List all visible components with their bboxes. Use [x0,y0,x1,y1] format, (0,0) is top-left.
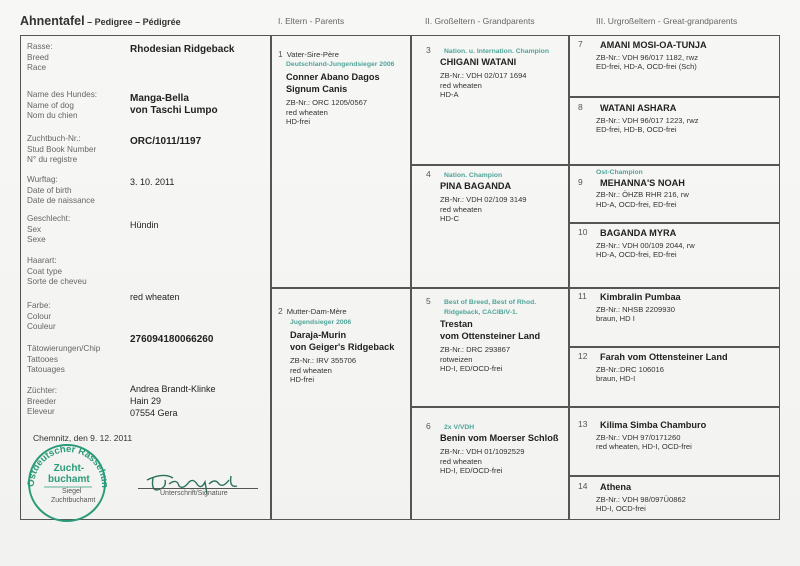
column-header-parents: I. Eltern - Parents [278,16,344,26]
great-grandparent-12: 12Farah vom Ottensteiner LandZB-Nr.:DRC … [578,352,776,384]
value-breeder: Andrea Brandt-KlinkeHain 2907554 Gera [130,383,216,419]
stamp-seal-label: Siegel [62,488,81,495]
title-subtitle: – Pedigree – Pédigrée [85,17,181,27]
grandparent-4: 4Nation. Champion PINA BAGANDA ZB-Nr.: V… [426,170,566,224]
label-dog-name: Name des Hundes:Name of dogNom du chien [27,90,97,122]
pedigree-document: Ahnentafel – Pedigree – Pédigrée I. Elte… [0,0,800,566]
divider [568,222,780,224]
label-breeder: Züchter:BreederEleveur [27,386,57,418]
grandparent-3: 3Nation. u. Internation. Champion CHIGAN… [426,46,566,100]
divider [568,35,570,520]
label-coat-type: Haarart:Coat typeSorte de cheveu [27,256,87,288]
signature-line [138,488,258,489]
value-date-of-birth: 3. 10. 2011 [130,176,174,188]
divider [568,96,780,98]
divider [410,35,412,520]
grandparent-6: 62x V/VDH Benin vom Moerser Schloß ZB-Nr… [426,422,566,476]
parent-sire: 1Vater-Sire-Père Deutschland-Jungendsieg… [278,50,406,127]
value-tattoo: 276094180066260 [130,334,213,346]
divider [568,475,780,477]
column-header-great-grandparents: III. Urgroßeltern - Great-grandparents [596,16,737,26]
title-main: Ahnentafel [20,14,85,28]
divider [410,406,780,408]
label-tattoo: Tätowierungen/ChipTattooesTatouages [27,344,100,376]
great-grandparent-9: Ost-Champion9MEHANNA'S NOAHZB-Nr.: ÖHZB … [578,168,776,209]
great-grandparent-7: 7AMANI MOSI-OA-TUNJAZB-Nr.: VDH 96/017 1… [578,40,776,72]
parent-dam: 2Mutter-Dam-Mère Jugendsieger 2006 Daraj… [278,307,408,385]
signature-label: Unterschrift/Signature [160,490,228,497]
grandparent-5: 5 Best of Breed, Best of Rhod. Ridgeback… [426,297,566,374]
great-grandparent-13: 13Kilima Simba ChamburoZB-Nr.: VDH 97/01… [578,420,776,452]
value-sex: Hündin [130,219,159,231]
divider [270,35,272,520]
great-grandparent-8: 8WATANI ASHARAZB-Nr.: VDH 96/017 1223, r… [578,103,776,135]
column-header-grandparents: II. Großeltern - Grandparents [425,16,535,26]
divider [568,346,780,348]
value-breed: Rhodesian Ridgeback [130,44,234,56]
great-grandparent-10: 10BAGANDA MYRAZB-Nr.: VDH 00/109 2044, r… [578,228,776,260]
value-stud-book: ORC/1011/1197 [130,136,201,148]
divider [410,164,780,166]
great-grandparent-11: 11Kimbralin PumbaaZB-Nr.: NHSB 2209930br… [578,292,776,324]
great-grandparent-14: 14AthenaZB-Nr.: VDH 98/097Ü0862HD-I, OCD… [578,482,776,514]
value-dog-name: Manga-Bellavon Taschi Lumpo [130,93,218,117]
label-sex: Geschlecht:SexSexe [27,214,70,246]
label-date-of-birth: Wurftag:Date of birthDate de naissance [27,175,95,207]
value-colour: red wheaten [130,291,180,303]
label-stud-book: Zuchtbuch-Nr.:Stud Book NumberN° du regi… [27,134,96,166]
stamp-office-label: Zuchtbuchamt [51,497,95,504]
label-colour: Farbe:ColourCouleur [27,301,56,333]
stamp-center-text: Zucht- buchamt [48,463,90,485]
divider [270,287,780,289]
label-breed: Rasse:BreedRace [27,42,52,74]
document-title: Ahnentafel – Pedigree – Pédigrée [20,14,181,28]
